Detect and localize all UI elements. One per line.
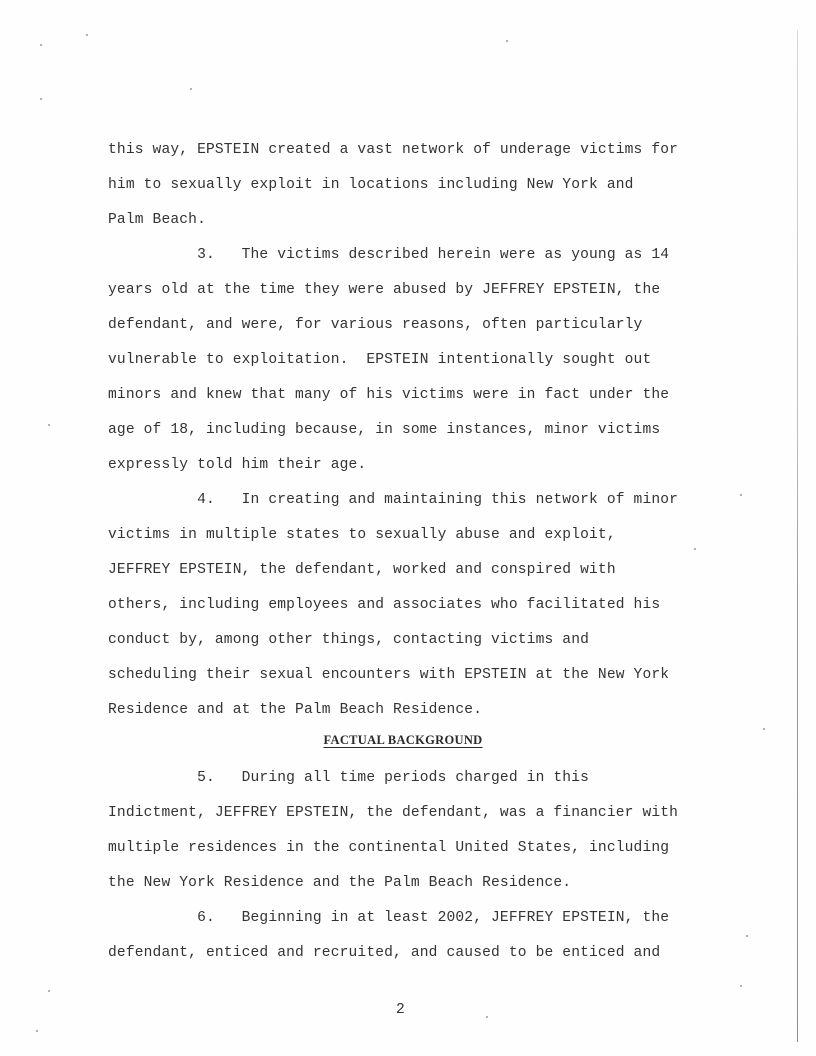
- text-line: the New York Residence and the Palm Beac…: [108, 874, 571, 892]
- text-line: Residence and at the Palm Beach Residenc…: [108, 701, 482, 719]
- scan-speck: [740, 494, 742, 496]
- document-page: this way, EPSTEIN created a vast network…: [0, 0, 816, 1056]
- text-line: victims in multiple states to sexually a…: [108, 526, 616, 544]
- scan-speck: [48, 424, 50, 426]
- text-line: defendant, and were, for various reasons…: [108, 316, 642, 334]
- scan-speck: [694, 548, 696, 550]
- section-heading: FACTUAL BACKGROUND: [321, 733, 485, 748]
- text-line: vulnerable to exploitation. EPSTEIN inte…: [108, 351, 651, 369]
- scan-speck: [40, 98, 42, 100]
- scan-speck: [486, 1016, 488, 1018]
- paragraph-3-first-line: 3. The victims described herein were as …: [108, 246, 669, 264]
- text-line: defendant, enticed and recruited, and ca…: [108, 944, 660, 962]
- scan-speck: [40, 44, 42, 46]
- scan-speck: [506, 40, 508, 42]
- scan-speck: [86, 34, 88, 36]
- text-line: conduct by, among other things, contacti…: [108, 631, 589, 649]
- text-line: minors and knew that many of his victims…: [108, 386, 669, 404]
- text-line: JEFFREY EPSTEIN, the defendant, worked a…: [108, 561, 616, 579]
- scan-speck: [746, 935, 748, 937]
- page-number: 2: [396, 1001, 405, 1019]
- scan-speck: [740, 985, 742, 987]
- paragraph-5-first-line: 5. During all time periods charged in th…: [108, 769, 589, 787]
- text-line: multiple residences in the continental U…: [108, 839, 669, 857]
- text-line: others, including employees and associat…: [108, 596, 660, 614]
- text-line: Palm Beach.: [108, 211, 206, 229]
- text-line: scheduling their sexual encounters with …: [108, 666, 669, 684]
- paragraph-4-first-line: 4. In creating and maintaining this netw…: [108, 491, 678, 509]
- text-line: him to sexually exploit in locations inc…: [108, 176, 634, 194]
- scan-edge-line: [797, 30, 798, 1042]
- text-line: Indictment, JEFFREY EPSTEIN, the defenda…: [108, 804, 678, 822]
- scan-speck: [763, 728, 765, 730]
- scan-speck: [48, 990, 50, 992]
- scan-speck: [190, 88, 192, 90]
- scan-speck: [36, 1030, 38, 1032]
- text-line: years old at the time they were abused b…: [108, 281, 660, 299]
- paragraph-6-first-line: 6. Beginning in at least 2002, JEFFREY E…: [108, 909, 669, 927]
- text-line: expressly told him their age.: [108, 456, 366, 474]
- text-line: this way, EPSTEIN created a vast network…: [108, 141, 678, 159]
- text-line: age of 18, including because, in some in…: [108, 421, 660, 439]
